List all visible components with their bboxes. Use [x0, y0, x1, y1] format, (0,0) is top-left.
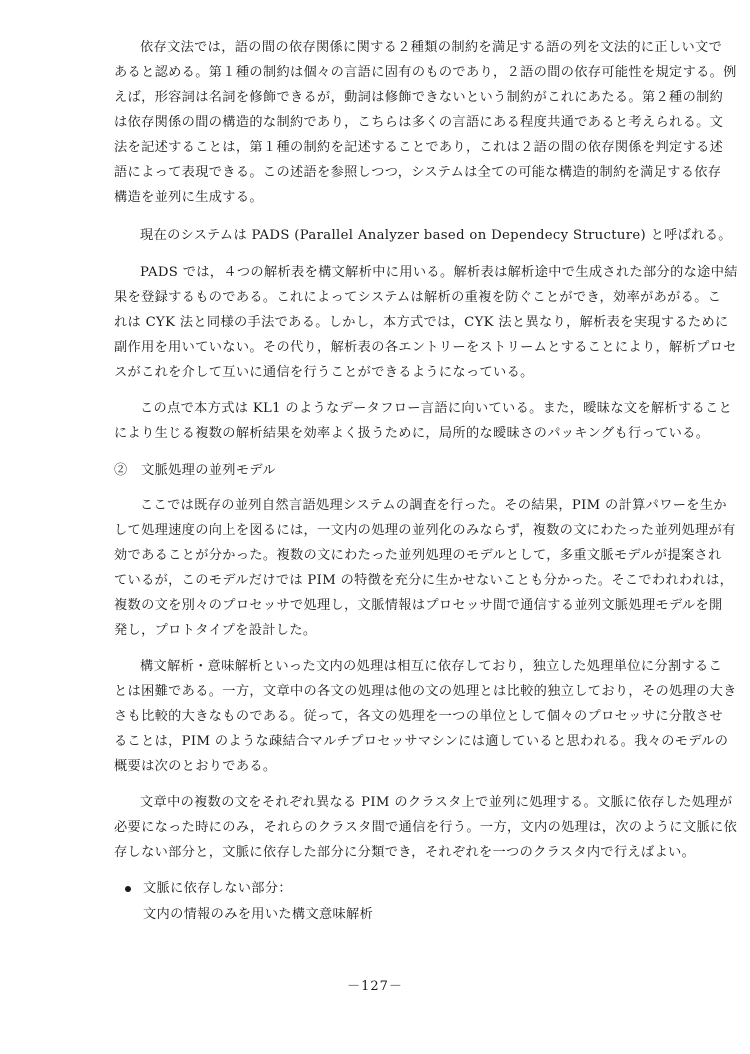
paragraph-4-line-1: この点で本方式は KL1 のようなデータフロー言語に向いている。また，曖昧な文を… — [140, 400, 720, 418]
section-heading: ② 文脈処理の並列モデル — [114, 462, 694, 480]
paragraph-1-line-5: 法を記述することは，第１種の制約を記述することであり，これは２語の間の依存関係を… — [114, 139, 694, 157]
paragraph-5-line-5: 複数の文を別々のプロセッサで処理し，文脈情報はプロセッサ間で通信する並列文脈処理… — [114, 597, 694, 615]
paragraph-1-line-3: えば，形容詞は名詞を修飾できるが，動詞は修飾できないという制約がこれにあたる。第… — [114, 89, 694, 107]
paragraph-3-line-1: PADS では，４つの解析表を構文解析中に用いる。解析表は解析途中で生成された部… — [140, 264, 720, 282]
paragraph-4-line-2: により生じる複数の解析結果を効率よく扱うために，局所的な曖昧さのパッキングも行っ… — [114, 425, 694, 443]
document-page: 依存文法では，語の間の依存関係に関する２種類の制約を満足する語の列を文法的に正し… — [0, 0, 750, 1054]
page-number: －127－ — [0, 975, 750, 994]
bullet-icon — [125, 886, 131, 892]
paragraph-5-line-6: 発し，プロトタイプを設計した。 — [114, 622, 694, 640]
bullet-item-label: 文脈に依存しない部分： — [143, 880, 723, 898]
paragraph-1-line-7: 構造を並列に生成する。 — [114, 189, 694, 207]
paragraph-6-line-3: さも比較的大きなものである。従って，各文の処理を一つの単位として個々のプロセッサ… — [114, 708, 694, 726]
paragraph-6-line-5: 概要は次のとおりである。 — [114, 758, 694, 776]
paragraph-7-line-3: 存しない部分と，文脈に依存した部分に分類でき，それぞれを一つのクラスタ内で行えば… — [114, 844, 694, 862]
paragraph-5-line-3: 効であることが分かった。複数の文にわたった並列処理のモデルとして，多重文脈モデル… — [114, 547, 694, 565]
paragraph-2-line-1: 現在のシステムは PADS (Parallel Analyzer based o… — [140, 227, 720, 245]
paragraph-1-line-6: 語によって表現できる。この述語を参照しつつ，システムは全ての可能な構造的制約を満… — [114, 164, 694, 182]
paragraph-3-line-5: スがこれを介して互いに通信を行うことができるようになっている。 — [114, 364, 694, 382]
paragraph-1-line-4: は依存関係の間の構造的な制約であり，こちらは多くの言語にある程度共通であると考え… — [114, 114, 694, 132]
paragraph-3-line-2: 果を登録するものである。これによってシステムは解析の重複を防ぐことができ，効率が… — [114, 289, 694, 307]
paragraph-6-line-1: 構文解析・意味解析といった文内の処理は相互に依存しており，独立した処理単位に分割… — [140, 658, 720, 676]
paragraph-1-line-2: あると認める。第１種の制約は個々の言語に固有のものであり，２語の間の依存可能性を… — [114, 64, 694, 82]
paragraph-7-line-2: 必要になった時にのみ，それらのクラスタ間で通信を行う。一方，文内の処理は，次のよ… — [114, 819, 694, 837]
paragraph-1-line-1: 依存文法では，語の間の依存関係に関する２種類の制約を満足する語の列を文法的に正し… — [140, 39, 720, 57]
paragraph-3-line-3: れは CYK 法と同様の手法である。しかし，本方式では，CYK 法と異なり，解析… — [114, 314, 694, 332]
paragraph-6-line-2: とは困難である。一方，文章中の各文の処理は他の文の処理とは比較的独立しており，そ… — [114, 683, 694, 701]
bullet-item-detail: 文内の情報のみを用いた構文意味解析 — [143, 906, 723, 924]
paragraph-3-line-4: 副作用を用いていない。その代り，解析表の各エントリーをストリームとすることにより… — [114, 339, 694, 357]
paragraph-5-line-4: ているが，このモデルだけでは PIM の特徴を充分に生かせないことも分かった。そ… — [114, 572, 694, 590]
paragraph-7-line-1: 文章中の複数の文をそれぞれ異なる PIM のクラスタ上で並列に処理する。文脈に依… — [140, 794, 720, 812]
paragraph-6-line-4: ることは，PIM のような疎結合マルチプロセッサマシンには適していると思われる。… — [114, 733, 694, 751]
paragraph-5-line-1: ここでは既存の並列自然言語処理システムの調査を行った。その結果，PIM の計算パ… — [140, 497, 720, 515]
paragraph-5-line-2: して処理速度の向上を図るには，一文内の処理の並列化のみならず，複数の文にわたった… — [114, 522, 694, 540]
